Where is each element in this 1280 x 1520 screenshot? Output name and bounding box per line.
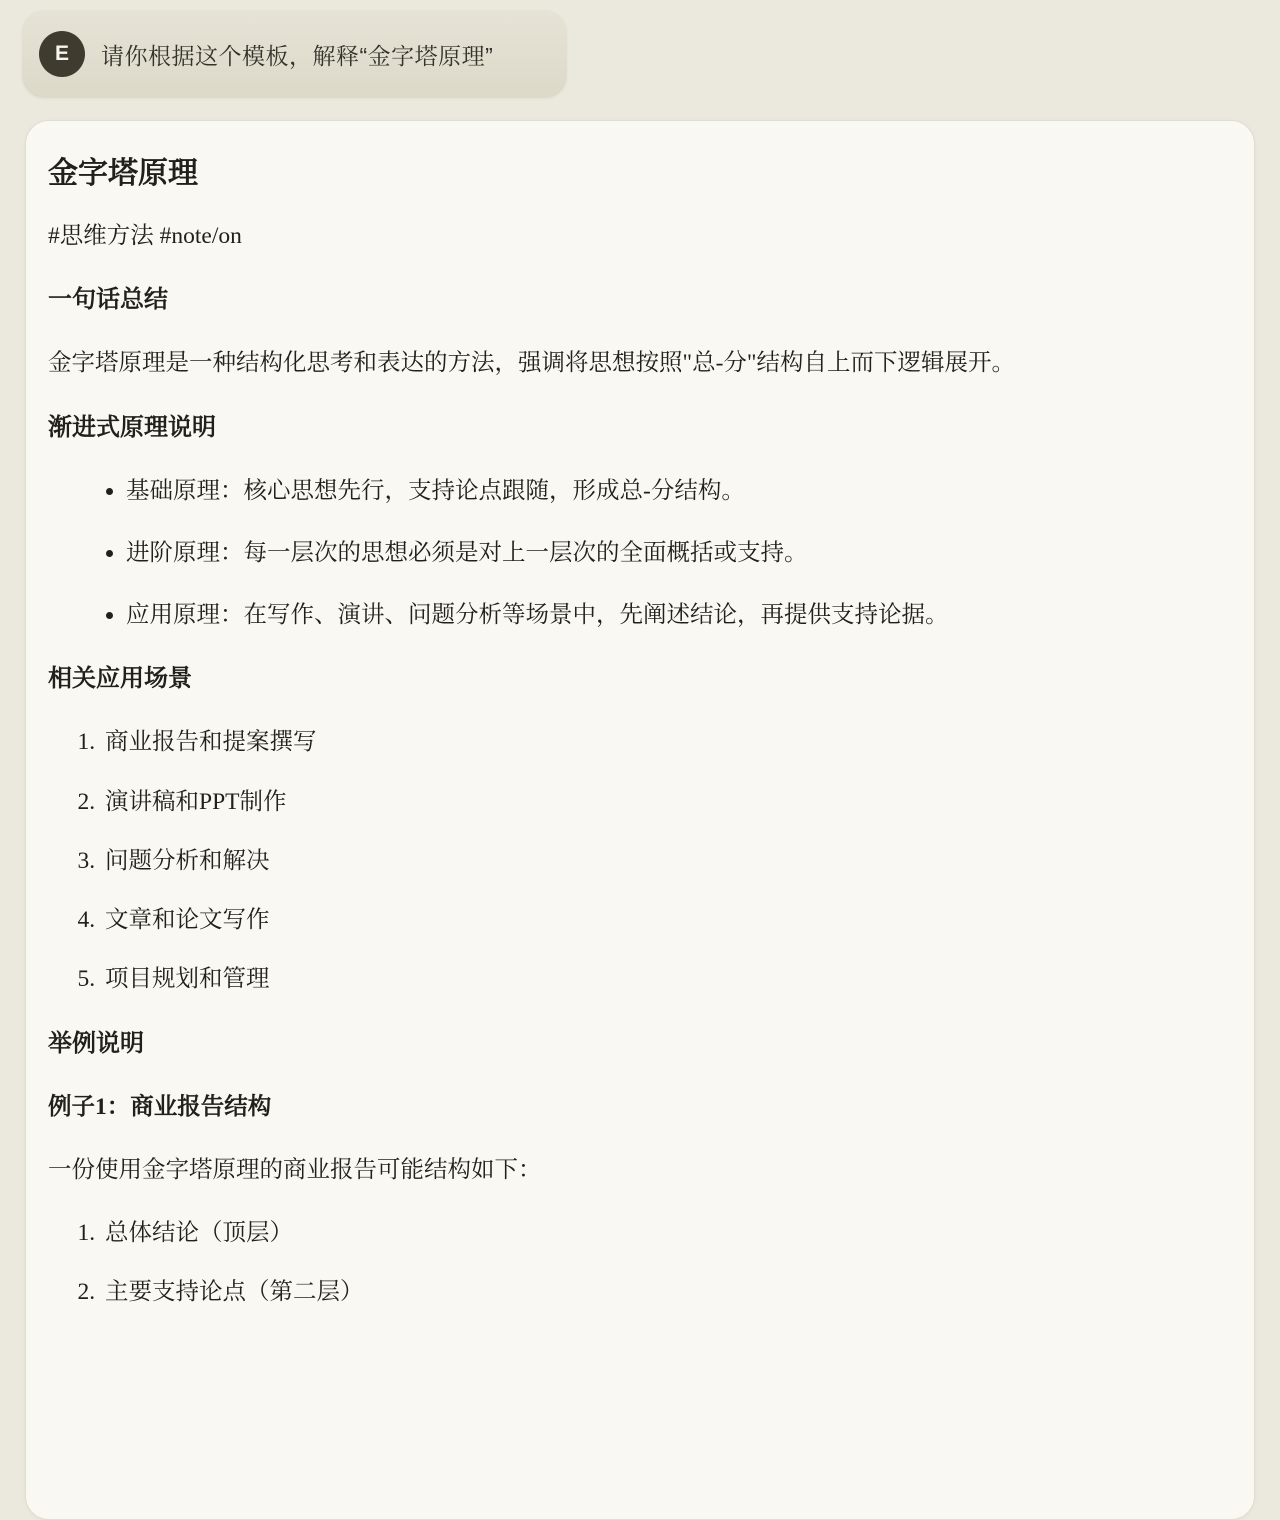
heading-summary: 一句话总结 (48, 282, 1214, 318)
list-item: 商业报告和提案撰写 (101, 725, 1214, 760)
example1-intro: 一份使用金字塔原理的商业报告可能结构如下： (48, 1153, 1214, 1188)
list-item: 基础原理：核心思想先行，支持论点跟随，形成总-分结构。 (126, 474, 1214, 509)
list-item: 总体结论（顶层） (101, 1216, 1214, 1251)
user-avatar-letter: E (55, 42, 69, 66)
list-item: 问题分析和解决 (101, 844, 1214, 879)
scenarios-list: 商业报告和提案撰写 演讲稿和PPT制作 问题分析和解决 文章和论文写作 项目规划… (48, 725, 1214, 997)
user-message-bubble: E 请你根据这个模板，解释“金字塔原理” (22, 10, 567, 98)
heading-principles: 渐进式原理说明 (48, 410, 1214, 446)
document-tags: #思维方法 #note/on (48, 219, 1214, 254)
document-content: 金字塔原理 #思维方法 #note/on 一句话总结 金字塔原理是一种结构化思考… (26, 121, 1254, 1252)
principles-list: 基础原理：核心思想先行，支持论点跟随，形成总-分结构。 进阶原理：每一层次的思想… (48, 474, 1214, 634)
example1-list: 总体结论（顶层） 主要支持论点（第二层） (48, 1216, 1214, 1252)
list-item: 演讲稿和PPT制作 (101, 785, 1214, 820)
list-item: 进阶原理：每一层次的思想必须是对上一层次的全面概括或支持。 (126, 536, 1214, 571)
heading-example1: 例子1：商业报告结构 (48, 1090, 1214, 1125)
heading-scenarios: 相关应用场景 (48, 661, 1214, 697)
summary-paragraph: 金字塔原理是一种结构化思考和表达的方法，强调将思想按照"总-分"结构自上而下逻辑… (48, 346, 1214, 381)
list-item: 文章和论文写作 (101, 903, 1214, 938)
user-message-text: 请你根据这个模板，解释“金字塔原理” (101, 38, 493, 71)
list-item: 应用原理：在写作、演讲、问题分析等场景中，先阐述结论，再提供支持论据。 (126, 598, 1214, 633)
list-item: 项目规划和管理 (101, 962, 1214, 997)
heading-examples: 举例说明 (48, 1026, 1214, 1062)
assistant-document-card: 金字塔原理 #思维方法 #note/on 一句话总结 金字塔原理是一种结构化思考… (25, 120, 1255, 1252)
document-title: 金字塔原理 (48, 153, 1214, 195)
user-avatar: E (39, 31, 85, 77)
